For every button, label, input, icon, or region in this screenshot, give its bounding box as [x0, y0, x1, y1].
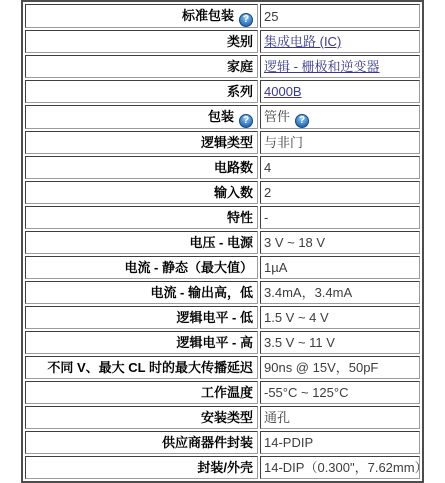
attribute-label: 安装类型 [201, 410, 253, 425]
attributes-body: 标准包装? 25 类别 集成电路 (IC) 家庭 逻辑 - 栅极和逆变器 系列 … [25, 4, 420, 479]
attribute-label-cell: 标准包装? [25, 4, 258, 28]
attribute-value-cell: 与非门 [260, 131, 420, 154]
table-row: 安装类型 通孔 [25, 406, 420, 429]
attribute-value-cell: 1µA [260, 256, 420, 279]
table-row: 工作温度 -55°C ~ 125°C [25, 381, 420, 404]
attribute-value-cell: 集成电路 (IC) [260, 30, 420, 53]
attribute-label: 家庭 [227, 59, 253, 74]
attribute-label: 工作温度 [201, 385, 253, 400]
attribute-label-cell: 特性 [25, 206, 258, 229]
attribute-value-cell: 4000B [260, 80, 420, 103]
attribute-label: 电流 - 静态（最大值） [124, 260, 253, 275]
attribute-value: - [264, 210, 268, 225]
attribute-label-cell: 安装类型 [25, 406, 258, 429]
attribute-value: 1µA [264, 260, 287, 275]
attribute-label: 逻辑电平 - 高 [176, 335, 253, 350]
attribute-value-cell: 逻辑 - 栅极和逆变器 [260, 55, 420, 78]
attribute-label: 供应商器件封装 [162, 435, 253, 450]
attribute-value: 25 [264, 9, 278, 24]
attribute-value: 14-PDIP [264, 435, 313, 450]
attribute-label-cell: 包装? [25, 105, 258, 129]
attribute-value-cell: 3.4mA，3.4mA [260, 281, 420, 304]
table-row: 逻辑电平 - 高 3.5 V ~ 11 V [25, 331, 420, 354]
attribute-label: 封装/外壳 [197, 460, 253, 475]
table-row: 系列 4000B [25, 80, 420, 103]
attribute-label: 逻辑类型 [201, 135, 253, 150]
attribute-value: 4 [264, 160, 271, 175]
attribute-label-cell: 逻辑类型 [25, 131, 258, 154]
attribute-value-cell: 4 [260, 156, 420, 179]
attribute-value: 2 [264, 185, 271, 200]
table-row: 不同 V、最大 CL 时的最大传播延迟 90ns @ 15V，50pF [25, 356, 420, 379]
table-row: 逻辑电平 - 低 1.5 V ~ 4 V [25, 306, 420, 329]
attribute-value: 3 V ~ 18 V [264, 235, 325, 250]
table-row: 类别 集成电路 (IC) [25, 30, 420, 53]
table-row: 电压 - 电源 3 V ~ 18 V [25, 231, 420, 254]
attribute-value-cell: 3 V ~ 18 V [260, 231, 420, 254]
table-row: 特性 - [25, 206, 420, 229]
attribute-value-link[interactable]: 4000B [264, 84, 302, 99]
attribute-value-cell: 2 [260, 181, 420, 204]
table-row: 电流 - 静态（最大值） 1µA [25, 256, 420, 279]
attribute-value-cell: 3.5 V ~ 11 V [260, 331, 420, 354]
attribute-label: 类别 [227, 34, 253, 49]
table-row: 包装? 管件? [25, 105, 420, 129]
attribute-label: 电路数 [214, 160, 253, 175]
table-row: 供应商器件封装 14-PDIP [25, 431, 420, 454]
help-icon[interactable]: ? [239, 114, 253, 128]
attribute-label-cell: 工作温度 [25, 381, 258, 404]
attribute-value: 1.5 V ~ 4 V [264, 310, 329, 325]
attribute-value-link[interactable]: 逻辑 - 栅极和逆变器 [264, 59, 380, 74]
attribute-value-cell: 25 [260, 4, 420, 28]
table-row: 逻辑类型 与非门 [25, 131, 420, 154]
help-icon[interactable]: ? [239, 13, 253, 27]
attribute-label: 包装 [208, 109, 234, 124]
attribute-label: 输入数 [214, 185, 253, 200]
attribute-label: 标准包装 [182, 8, 234, 23]
attribute-value-cell: 14-PDIP [260, 431, 420, 454]
attribute-label-cell: 家庭 [25, 55, 258, 78]
attribute-label-cell: 电流 - 输出高，低 [25, 281, 258, 304]
table-row: 封装/外壳 14-DIP（0.300"，7.62mm） [25, 456, 420, 479]
attribute-label-cell: 逻辑电平 - 低 [25, 306, 258, 329]
attribute-value: -55°C ~ 125°C [264, 385, 348, 400]
attribute-label-cell: 封装/外壳 [25, 456, 258, 479]
attribute-value: 90ns @ 15V，50pF [264, 360, 378, 375]
attribute-label-cell: 类别 [25, 30, 258, 53]
attribute-label-cell: 电路数 [25, 156, 258, 179]
attribute-value: 14-DIP（0.300"，7.62mm） [264, 460, 420, 475]
attribute-value-cell: - [260, 206, 420, 229]
table-row: 标准包装? 25 [25, 4, 420, 28]
attribute-label-cell: 系列 [25, 80, 258, 103]
attribute-label: 不同 V、最大 CL 时的最大传播延迟 [47, 360, 253, 375]
attribute-value-cell: 90ns @ 15V，50pF [260, 356, 420, 379]
attribute-label: 电流 - 输出高，低 [150, 285, 253, 300]
attribute-label-cell: 电流 - 静态（最大值） [25, 256, 258, 279]
table-row: 输入数 2 [25, 181, 420, 204]
product-attributes-table: 标准包装? 25 类别 集成电路 (IC) 家庭 逻辑 - 栅极和逆变器 系列 … [21, 0, 424, 483]
attribute-label-cell: 供应商器件封装 [25, 431, 258, 454]
attribute-label: 电压 - 电源 [189, 235, 253, 250]
attribute-value-cell: 通孔 [260, 406, 420, 429]
attribute-label-cell: 输入数 [25, 181, 258, 204]
attribute-value-link[interactable]: 集成电路 (IC) [264, 34, 341, 49]
attribute-value: 与非门 [264, 135, 303, 150]
attribute-value: 通孔 [264, 410, 290, 425]
help-icon[interactable]: ? [295, 114, 309, 128]
attribute-label-cell: 逻辑电平 - 高 [25, 331, 258, 354]
attribute-label: 逻辑电平 - 低 [176, 310, 253, 325]
attribute-label: 系列 [227, 84, 253, 99]
table-row: 电流 - 输出高，低 3.4mA，3.4mA [25, 281, 420, 304]
attribute-value-cell: 14-DIP（0.300"，7.62mm） [260, 456, 420, 479]
attribute-value: 管件 [264, 109, 290, 124]
attribute-value-cell: -55°C ~ 125°C [260, 381, 420, 404]
table-row: 家庭 逻辑 - 栅极和逆变器 [25, 55, 420, 78]
attribute-label-cell: 电压 - 电源 [25, 231, 258, 254]
attribute-label-cell: 不同 V、最大 CL 时的最大传播延迟 [25, 356, 258, 379]
attribute-value-cell: 管件? [260, 105, 420, 129]
attribute-value: 3.5 V ~ 11 V [264, 335, 335, 350]
attribute-label: 特性 [227, 210, 253, 225]
table-row: 电路数 4 [25, 156, 420, 179]
attribute-value-cell: 1.5 V ~ 4 V [260, 306, 420, 329]
attribute-value: 3.4mA，3.4mA [264, 285, 352, 300]
